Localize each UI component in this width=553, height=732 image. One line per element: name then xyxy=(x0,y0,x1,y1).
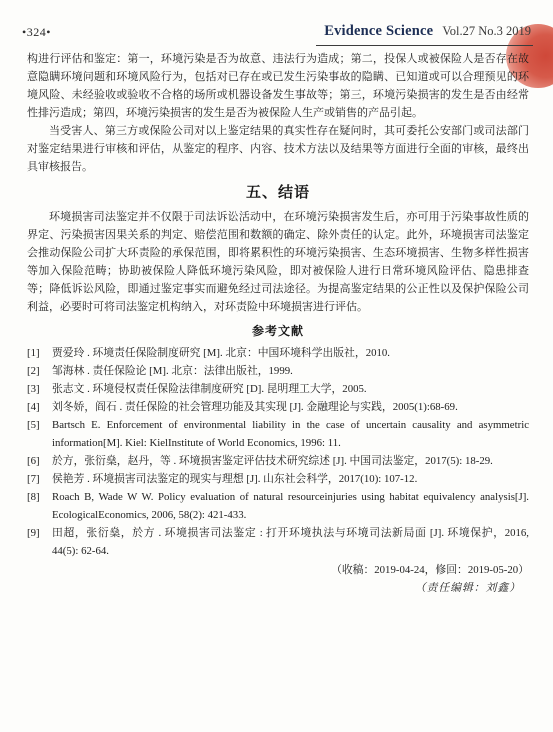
paragraph-continuation: 构进行评估和鉴定：第一，环境污染是否为故意、违法行为造成；第二，投保人或被保险人… xyxy=(27,50,529,122)
journal-title: Evidence Science xyxy=(324,23,433,39)
reference-number: [7] xyxy=(27,470,52,488)
reference-item: [5] Bartsch E. Enforcement of environmen… xyxy=(27,416,529,452)
reference-number: [3] xyxy=(27,380,52,398)
responsible-editor: （责任编辑：刘鑫） xyxy=(27,580,529,595)
received-revised-dates: （收稿：2019-04-24，修回：2019-05-20） xyxy=(27,562,529,577)
reference-item: [2] 邹海林 . 责任保险论 [M]. 北京：法律出版社，1999. xyxy=(27,362,529,380)
references-list: [1] 贾爱玲 . 环境责任保险制度研究 [M]. 北京：中国环境科学出版社，2… xyxy=(27,344,529,560)
reference-number: [5] xyxy=(27,416,52,452)
reference-item: [6] 於方，张衍燊，赵丹，等 . 环境损害鉴定评估技术研究综述 [J]. 中国… xyxy=(27,452,529,470)
reference-text: 於方，张衍燊，赵丹，等 . 环境损害鉴定评估技术研究综述 [J]. 中国司法鉴定… xyxy=(52,452,529,470)
reference-item: [7] 侯艳芳 . 环境损害司法鉴定的现实与理想 [J]. 山东社会科学，201… xyxy=(27,470,529,488)
article-body: 构进行评估和鉴定：第一，环境污染是否为故意、违法行为造成；第二，投保人或被保险人… xyxy=(27,50,529,595)
page-header: •324• Evidence Science Vol.27 No.3 2019 xyxy=(22,22,533,46)
reference-number: [1] xyxy=(27,344,52,362)
reference-text: 贾爱玲 . 环境责任保险制度研究 [M]. 北京：中国环境科学出版社，2010. xyxy=(52,344,529,362)
paragraph-conclusion: 环境损害司法鉴定并不仅限于司法诉讼活动中，在环境污染损害发生后，亦可用于污染事故… xyxy=(27,208,529,316)
reference-number: [8] xyxy=(27,488,52,524)
reference-number: [2] xyxy=(27,362,52,380)
reference-item: [8] Roach B, Wade W W. Policy evaluation… xyxy=(27,488,529,524)
reference-item: [1] 贾爱玲 . 环境责任保险制度研究 [M]. 北京：中国环境科学出版社，2… xyxy=(27,344,529,362)
reference-text: Bartsch E. Enforcement of environmental … xyxy=(52,416,529,452)
reference-text: 侯艳芳 . 环境损害司法鉴定的现实与理想 [J]. 山东社会科学，2017(10… xyxy=(52,470,529,488)
reference-text: 邹海林 . 责任保险论 [M]. 北京：法律出版社，1999. xyxy=(52,362,529,380)
reference-item: [9] 田超，张衍燊，於方 . 环境损害司法鉴定 : 打开环境执法与环境司法新局… xyxy=(27,524,529,560)
section-heading-conclusion: 五、结语 xyxy=(27,181,529,202)
reference-text: Roach B, Wade W W. Policy evaluation of … xyxy=(52,488,529,524)
reference-number: [4] xyxy=(27,398,52,416)
journal-issue: Vol.27 No.3 2019 xyxy=(442,24,531,38)
journal-page: •324• Evidence Science Vol.27 No.3 2019 … xyxy=(0,0,553,732)
reference-item: [4] 刘冬娇，阎石 . 责任保险的社会管理功能及其实现 [J]. 金融理论与实… xyxy=(27,398,529,416)
reference-text: 刘冬娇，阎石 . 责任保险的社会管理功能及其实现 [J]. 金融理论与实践，20… xyxy=(52,398,529,416)
page-number: •324• xyxy=(22,25,51,46)
reference-text: 张志文 . 环境侵权责任保险法律制度研究 [D]. 昆明理工大学，2005. xyxy=(52,380,529,398)
paragraph-review: 当受害人、第三方或保险公司对以上鉴定结果的真实性存在疑问时，其可委托公安部门或司… xyxy=(27,122,529,176)
references-heading: 参考文献 xyxy=(27,322,529,339)
reference-item: [3] 张志文 . 环境侵权责任保险法律制度研究 [D]. 昆明理工大学，200… xyxy=(27,380,529,398)
reference-number: [9] xyxy=(27,524,52,560)
reference-text: 田超，张衍燊，於方 . 环境损害司法鉴定 : 打开环境执法与环境司法新局面 [J… xyxy=(52,524,529,560)
reference-number: [6] xyxy=(27,452,52,470)
journal-masthead: Evidence Science Vol.27 No.3 2019 xyxy=(316,22,533,46)
